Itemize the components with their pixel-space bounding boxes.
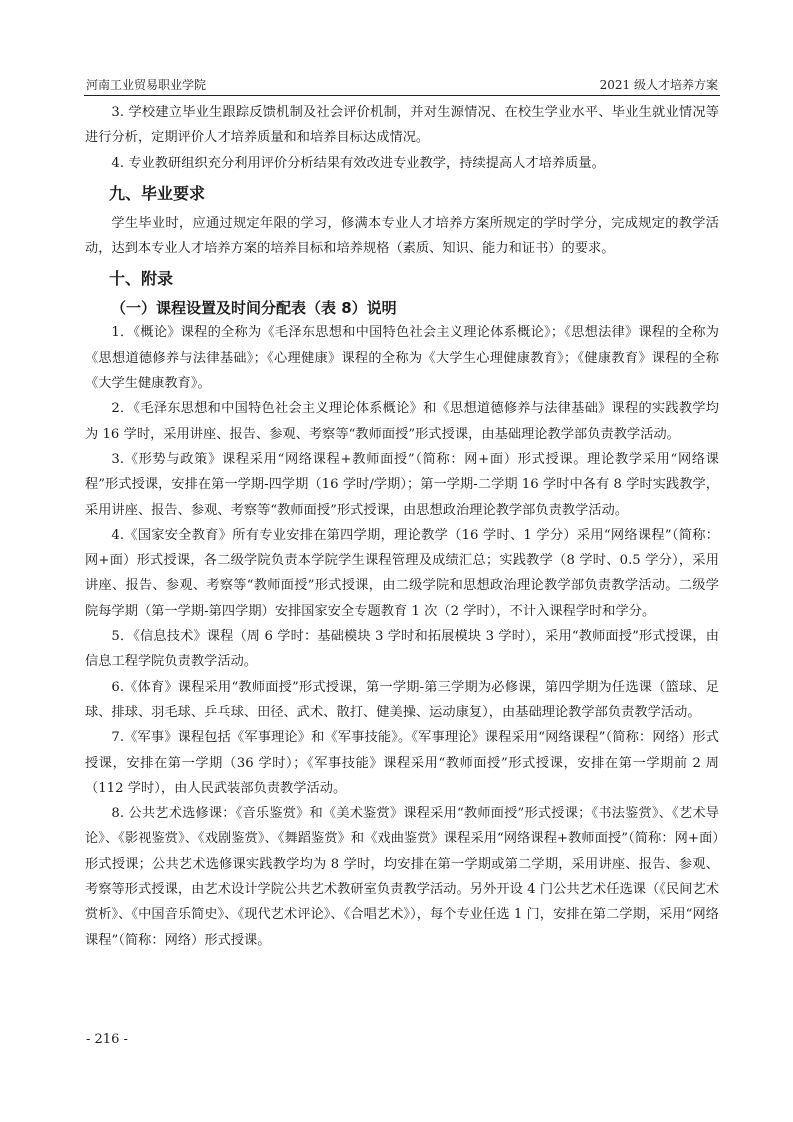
list-item-7: 7.《军事》课程包括《军事理论》和《军事技能》。《军事理论》课程采用“网络课程”… (85, 725, 719, 801)
list-item-3: 3.《形势与政策》课程采用“网络课程+教师面授”（简称：网+面）形式授课。理论教… (85, 447, 719, 523)
section-heading-graduation-requirements: 九、毕业要求 (85, 180, 719, 208)
subsection-heading-course-schedule: （一）课程设置及时间分配表（表 8）说明 (85, 296, 719, 320)
list-item-4: 4.《国家安全教育》所有专业安排在第四学期，理论教学（16 学时、1 学分）采用… (85, 523, 719, 624)
list-item-1: 1．《概论》课程的全称为《毛泽东思想和中国特色社会主义理论体系概论》；《思想法律… (85, 320, 719, 396)
paragraph-graduation-requirements: 学生毕业时，应通过规定年限的学习，修满本专业人才培养方案所规定的学时学分，完成规… (85, 211, 719, 262)
paragraph-intro-4: 4. 专业教研组织充分利用评价分析结果有效改进专业教学，持续提高人才培养质量。 (85, 151, 719, 176)
header-document-title: 2021 级人才培养方案 (600, 76, 718, 93)
list-item-5: 5．《信息技术》课程（周 6 学时：基础模块 3 学时和拓展模块 3 学时），采… (85, 624, 719, 675)
list-item-2: 2．《毛泽东思想和中国特色社会主义理论体系概论》和《思想道德修养与法律基础》课程… (85, 396, 719, 447)
section-heading-appendix: 十、附录 (85, 265, 719, 293)
header-institution: 河南工业贸易职业学院 (86, 76, 206, 93)
list-item-6: 6.《体育》课程采用“教师面授”形式授课，第一学期-第三学期为必修课，第四学期为… (85, 675, 719, 726)
header-divider (84, 95, 720, 96)
page-body: 3. 学校建立毕业生跟踪反馈机制及社会评价机制，并对生源情况、在校生学业水平、毕… (85, 100, 719, 953)
page-header: 河南工业贸易职业学院 2021 级人才培养方案 (86, 76, 718, 94)
list-item-8: 8. 公共艺术选修课：《音乐鉴赏》和《美术鉴赏》课程采用“教师面授”形式授课；《… (85, 801, 719, 953)
document-page: 河南工业贸易职业学院 2021 级人才培养方案 3. 学校建立毕业生跟踪反馈机制… (0, 0, 793, 1122)
page-number: - 216 - (86, 1032, 128, 1047)
paragraph-intro-3: 3. 学校建立毕业生跟踪反馈机制及社会评价机制，并对生源情况、在校生学业水平、毕… (85, 100, 719, 151)
